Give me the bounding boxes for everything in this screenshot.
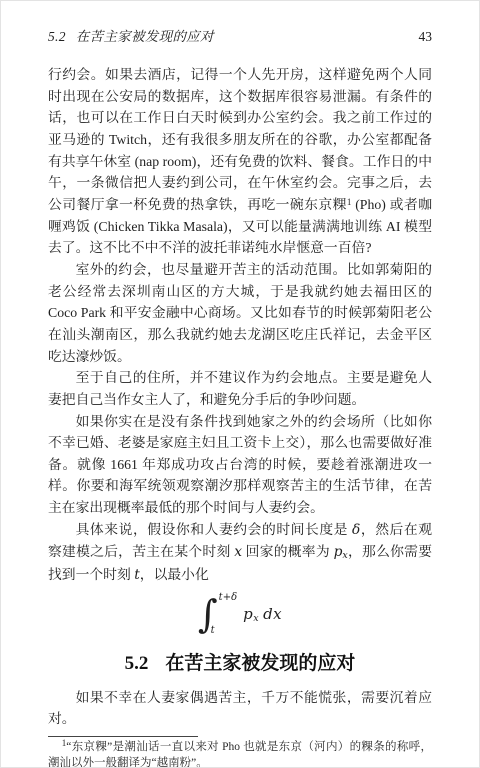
section-heading: 5.2在苦主家被发现的应对 (48, 651, 432, 677)
text-run: 回家的概率为 (242, 544, 334, 559)
paragraph: 室外的约会，也尽量避开苦主的活动范围。比如郭菊阳的老公经常去深圳南山区的方大城，… (48, 259, 432, 367)
paragraph: 行约会。如果去酒店，记得一个人先开房，这样避免两个人同时出现在公安局的数据库，这… (48, 64, 432, 259)
paragraph: 如果不幸在人妻家偶遇苦主，千万不能慌张，需要沉着应对。 (48, 687, 432, 730)
integral-upper-limit: t+δ (219, 592, 237, 603)
integral-limits: t+δ t (218, 593, 236, 635)
section-heading-title: 在苦主家被发现的应对 (165, 653, 355, 674)
text-run: 如果你实在是没有条件找到她家之外的约会场所（比如你不幸已婚、老婆是家庭主妇且工资… (48, 414, 432, 516)
running-header: 5.2在苦主家被发现的应对 43 (48, 28, 432, 45)
text-run: ，以最小化 (140, 567, 209, 582)
math-variable: x (234, 544, 242, 560)
integrand-subscript: x (253, 613, 259, 624)
formula-display: ∫ t+δ t pxdx (48, 591, 432, 637)
text-run: 至于自己的住所，并不建议作为约会地点。主要是避免人妻把自己当作女主人了，和避免分… (48, 370, 432, 407)
running-header-section-title: 在苦主家被发现的应对 (76, 29, 214, 44)
text-run: 具体来说，假设你和人妻约会的时间长度是 (76, 522, 352, 537)
paragraph: 1“东京粿”是潮汕话一直以来对 Pho 也就是东京（河内）的粿条的称呼，潮汕以外… (48, 740, 432, 768)
body-paragraphs: 行约会。如果去酒店，记得一个人先开房，这样避免两个人同时出现在公安局的数据库，这… (48, 64, 432, 587)
text-run: 室外的约会，也尽量避开苦主的活动范围。比如郭菊阳的老公经常去深圳南山区的方大城，… (48, 262, 432, 364)
integrand: pxdx (243, 605, 282, 623)
running-header-section-number: 5.2 (48, 29, 66, 44)
text-run: 如果不幸在人妻家偶遇苦主，千万不能慌张，需要沉着应对。 (48, 690, 432, 727)
integral-lower-limit: t (211, 625, 229, 636)
after-heading-paragraphs: 如果不幸在人妻家偶遇苦主，千万不能慌张，需要沉着应对。 (48, 687, 432, 730)
integrand-differential: dx (263, 605, 282, 623)
text-run: “东京粿”是潮汕话一直以来对 Pho 也就是东京（河内）的粿条的称呼，潮汕以外一… (48, 741, 432, 768)
paragraph: 如果你实在是没有条件找到她家之外的约会场所（比如你不幸已婚、老婆是家庭主妇且工资… (48, 411, 432, 519)
page-number: 43 (419, 28, 433, 45)
integrand-variable: p (243, 605, 253, 623)
paragraph: 具体来说，假设你和人妻约会的时间长度是 δ，然后在观察建模之后，苦主在某个时刻 … (48, 519, 432, 587)
integral-block: ∫ t+δ t (198, 592, 236, 636)
book-page: 5.2在苦主家被发现的应对 43 行约会。如果去酒店，记得一个人先开房，这样避免… (0, 0, 480, 768)
text-run: 行约会。如果去酒店，记得一个人先开房，这样避免两个人同时出现在公安局的数据库，这… (48, 67, 432, 212)
section-heading-number: 5.2 (125, 653, 149, 674)
footnote: 1“东京粿”是潮汕话一直以来对 Pho 也就是东京（河内）的粿条的称呼，潮汕以外… (48, 740, 432, 768)
paragraph: 至于自己的住所，并不建议作为约会地点。主要是避免人妻把自己当作女主人了，和避免分… (48, 367, 432, 410)
running-header-section: 5.2在苦主家被发现的应对 (48, 28, 214, 45)
footnote-rule (48, 736, 198, 737)
